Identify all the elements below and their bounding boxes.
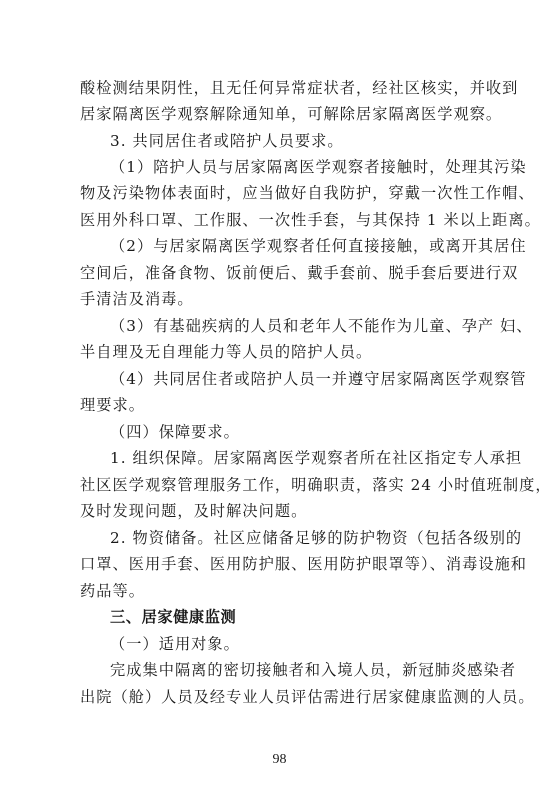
paragraph-line: （4）共同居住者或陪护人员一并遵守居家隔离医学观察管 bbox=[110, 369, 510, 389]
paragraph-line: 完成集中隔离的密切接触者和入境人员，新冠肺炎感染者 bbox=[110, 660, 510, 680]
paragraph-line: 口罩、医用手套、医用防护服、医用防护眼罩等）、消毒设施和 bbox=[80, 554, 480, 574]
paragraph-line: 手清洁及消毒。 bbox=[80, 289, 480, 309]
subsection-heading: （一）适用对象。 bbox=[110, 634, 510, 654]
page-number: 98 bbox=[0, 752, 559, 768]
paragraph-line: 2. 物资储备。社区应储备足够的防护物资（包括各级别的 bbox=[110, 528, 510, 548]
paragraph-line: 医用外科口罩、工作服、一次性手套，与其保持 1 米以上距离。 bbox=[80, 210, 480, 230]
paragraph-line: 酸检测结果阴性，且无任何异常症状者，经社区核实，并收到 bbox=[80, 78, 480, 98]
paragraph-line: 理要求。 bbox=[80, 395, 480, 415]
paragraph-line: （3）有基础疾病的人员和老年人不能作为儿童、孕产 妇、 bbox=[110, 316, 510, 336]
paragraph-line: （2）与居家隔离医学观察者任何直接接触，或离开其居住 bbox=[110, 236, 510, 256]
paragraph-line: （1）陪护人员与居家隔离医学观察者接触时，处理其污染 bbox=[110, 157, 510, 177]
paragraph-line: 药品等。 bbox=[80, 581, 480, 601]
section-heading: 三、居家健康监测 bbox=[110, 607, 510, 627]
paragraph-line: 空间后，准备食物、饭前便后、戴手套前、脱手套后要进行双 bbox=[80, 263, 480, 283]
paragraph-line: 及时发现问题，及时解决问题。 bbox=[80, 501, 480, 521]
paragraph-line: 居家隔离医学观察解除通知单，可解除居家隔离医学观察。 bbox=[80, 104, 480, 124]
document-page: 酸检测结果阴性，且无任何异常症状者，经社区核实，并收到 居家隔离医学观察解除通知… bbox=[0, 0, 559, 793]
subsection-heading: 3. 共同居住者或陪护人员要求。 bbox=[110, 131, 510, 151]
subsection-heading: （四）保障要求。 bbox=[110, 422, 510, 442]
paragraph-line: 出院（舱）人员及经专业人员评估需进行居家健康监测的人员。 bbox=[80, 687, 480, 707]
paragraph-line: 半自理及无自理能力等人员的陪护人员。 bbox=[80, 342, 480, 362]
paragraph-line: 物及污染物体表面时，应当做好自我防护，穿戴一次性工作帽、 bbox=[80, 183, 480, 203]
paragraph-line: 社区医学观察管理服务工作，明确职责，落实 24 小时值班制度， bbox=[80, 475, 480, 495]
paragraph-line: 1. 组织保障。居家隔离医学观察者所在社区指定专人承担 bbox=[110, 448, 510, 468]
